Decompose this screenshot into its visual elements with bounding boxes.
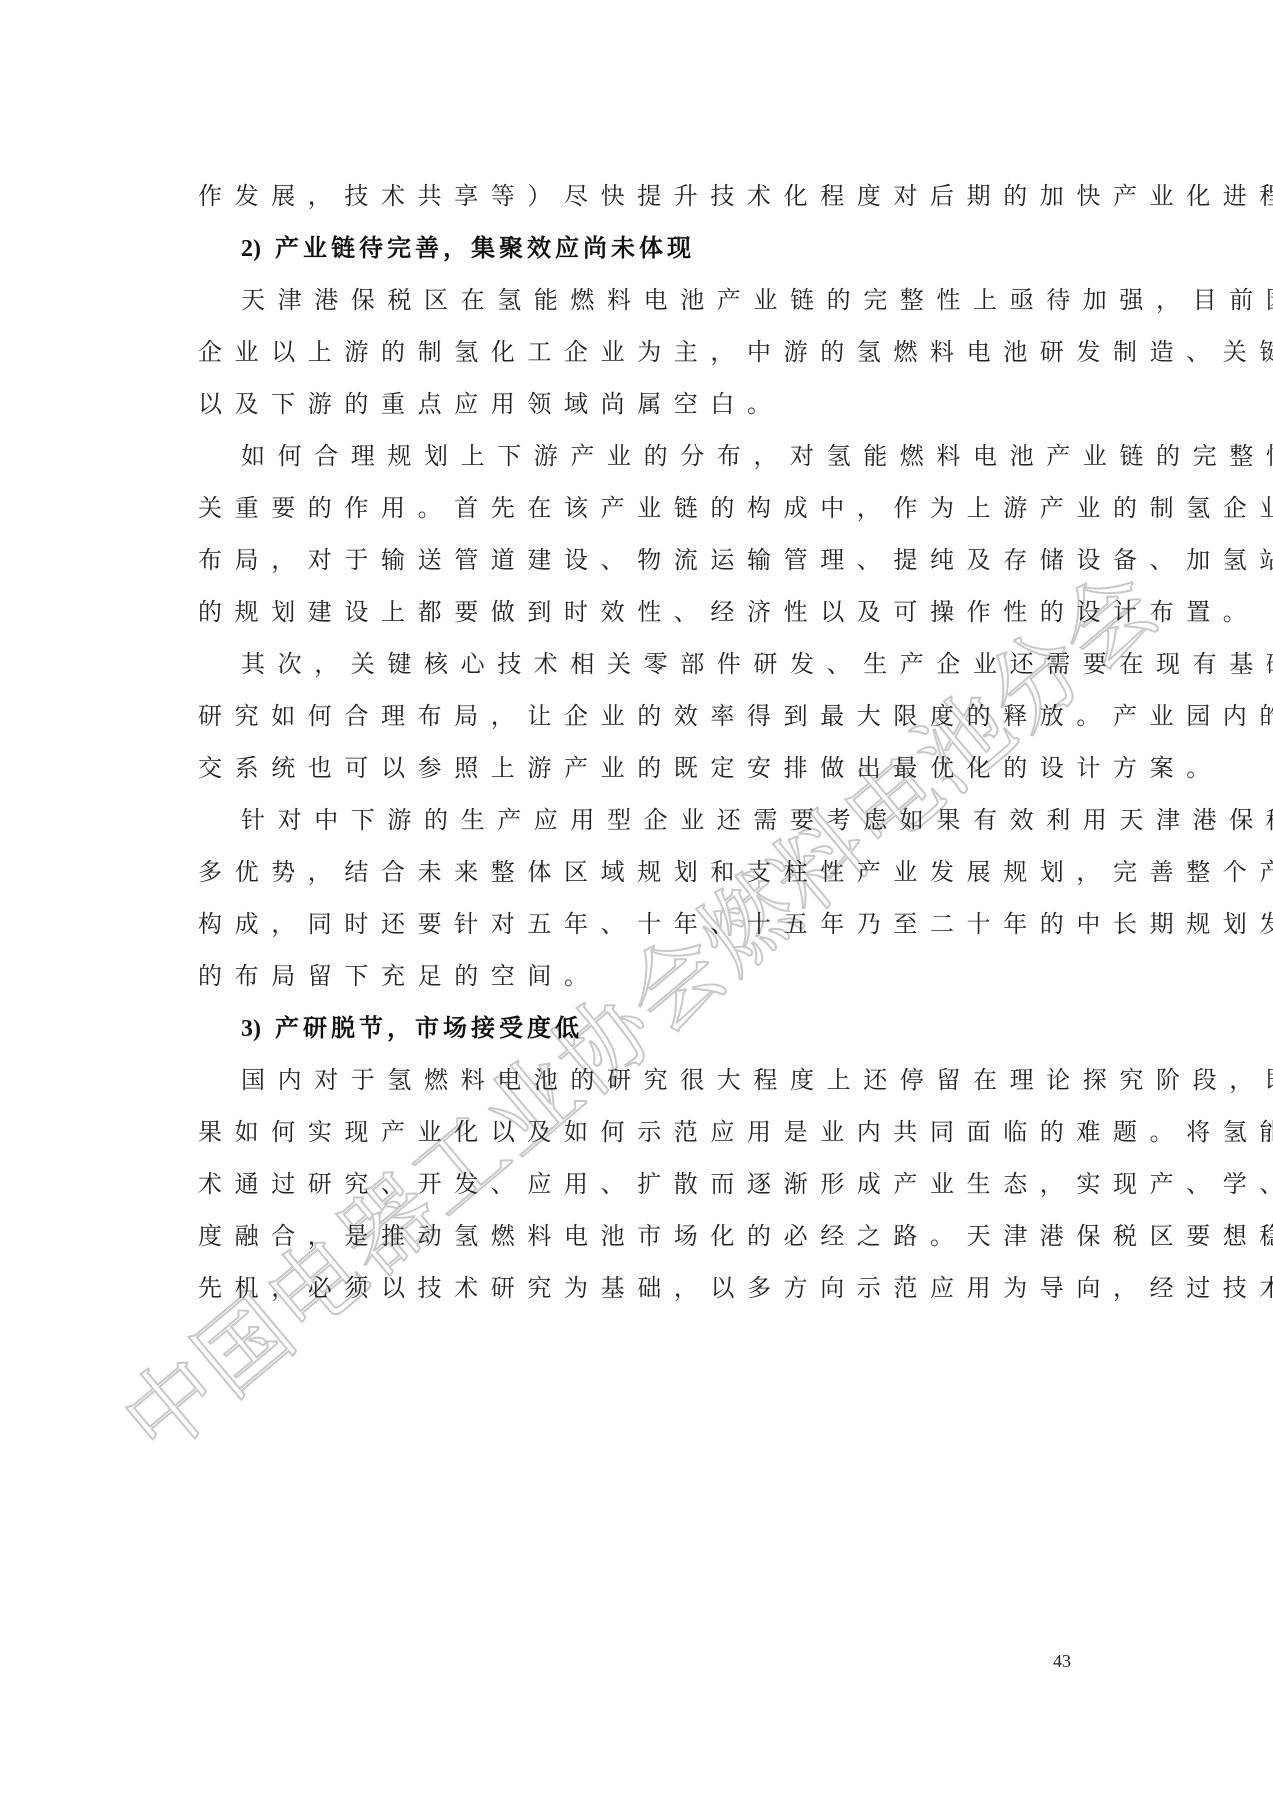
paragraph-line: 度融合，是推动氢燃料电池市场化的必经之路。天津港保税区要想稳抓产业发展 <box>198 1210 1082 1262</box>
paragraph-line: 交系统也可以参照上游产业的既定安排做出最优化的设计方案。 <box>198 742 1082 794</box>
paragraph-line: 果如何实现产业化以及如何示范应用是业内共同面临的难题。将氢能燃料电池技 <box>198 1106 1082 1158</box>
paragraph-line: 研究如何合理布局，让企业的效率得到最大限度的释放。产业园内的燃料电池公 <box>198 690 1082 742</box>
heading-text: 产研脱节，市场接受度低 <box>275 1013 583 1042</box>
paragraph-line: 其次，关键核心技术相关零部件研发、生产企业还需要在现有基础上进一步 <box>198 638 1082 690</box>
section-heading-3: 3)产研脱节，市场接受度低 <box>198 1002 1082 1054</box>
paragraph-line: 构成，同时还要针对五年、十年、十五年乃至二十年的中长期规划发展，给未来 <box>198 898 1082 950</box>
section-heading-2: 2)产业链待完善，集聚效应尚未体现 <box>198 222 1082 274</box>
paragraph-line: 术通过研究、开发、应用、扩散而逐渐形成产业生态，实现产、学、研、用的深 <box>198 1158 1082 1210</box>
paragraph-line: 企业以上游的制氢化工企业为主，中游的氢燃料电池研发制造、关键零部件生产 <box>198 326 1082 378</box>
heading-number: 3) <box>241 1016 261 1042</box>
paragraph-line: 天津港保税区在氢能燃料电池产业链的完整性上亟待加强，目前园区行业内 <box>198 274 1082 326</box>
body-text: 作发展，技术共享等）尽快提升技术化程度对后期的加快产业化进程至关重要。 2)产业… <box>198 170 1082 1314</box>
paragraph-line: 的布局留下充足的空间。 <box>198 950 1082 1002</box>
paragraph-line: 先机，必须以技术研究为基础，以多方向示范应用为导向，经过技术开发、产品 <box>198 1262 1082 1314</box>
paragraph-line: 的规划建设上都要做到时效性、经济性以及可操作性的设计布置。 <box>198 586 1082 638</box>
paragraph-line: 作发展，技术共享等）尽快提升技术化程度对后期的加快产业化进程至关重要。 <box>198 170 1082 222</box>
heading-number: 2) <box>241 236 261 262</box>
paragraph-line: 针对中下游的生产应用型企业还需要考虑如果有效利用天津港保税区的诸 <box>198 794 1082 846</box>
document-page: 中国电器工业协会燃料电池分会 作发展，技术共享等）尽快提升技术化程度对后期的加快… <box>0 0 1273 1800</box>
paragraph-line: 布局，对于输送管道建设、物流运输管理、提纯及存储设备、加氢站和维护站点 <box>198 534 1082 586</box>
paragraph-line: 关重要的作用。首先在该产业链的构成中，作为上游产业的制氢企业能做到集中 <box>198 482 1082 534</box>
heading-text: 产业链待完善，集聚效应尚未体现 <box>275 233 695 262</box>
paragraph-line: 以及下游的重点应用领域尚属空白。 <box>198 378 1082 430</box>
paragraph-line: 国内对于氢燃料电池的研究很大程度上还停留在理论探究阶段，既有科研成 <box>198 1054 1082 1106</box>
page-number: 43 <box>1053 1651 1071 1672</box>
paragraph-line: 如何合理规划上下游产业的分布，对氢能燃料电池产业链的完整性会起到至 <box>198 430 1082 482</box>
paragraph-line: 多优势，结合未来整体区域规划和支柱性产业发展规划，完善整个产业链的建设 <box>198 846 1082 898</box>
